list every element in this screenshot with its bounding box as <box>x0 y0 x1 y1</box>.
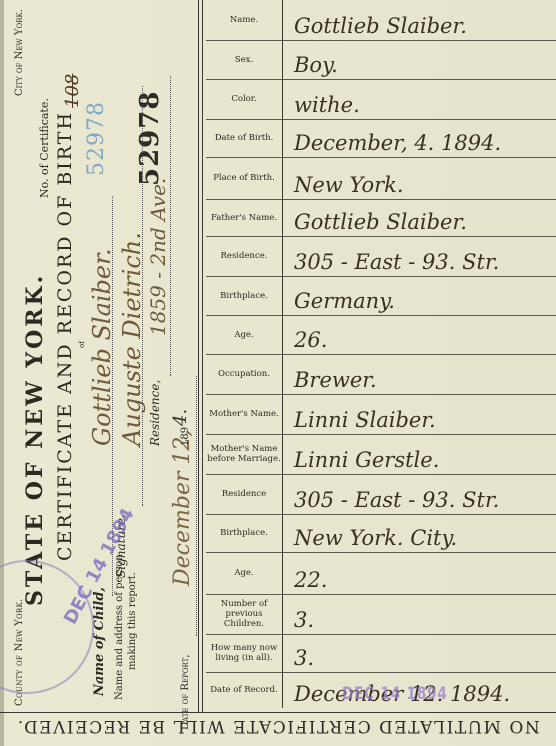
state-title: STATE OF NEW YORK. <box>22 273 48 606</box>
row-label: Age. <box>206 552 283 594</box>
row-label: Sex. <box>206 40 283 79</box>
row-label: Date of Record. <box>206 672 283 708</box>
row-label: Place of Birth. <box>206 157 283 199</box>
date-of-report-value: December 12, <box>170 430 195 586</box>
date-of-report-year-suffix: 4. <box>170 409 191 426</box>
table-row-name: Name. Gottlieb Slaiber. <box>206 0 556 41</box>
certificate-number-crossed-out: 108 <box>62 74 83 108</box>
row-value: Linni Slaiber. <box>294 408 550 432</box>
row-label: Mother's Name. <box>206 394 283 434</box>
row-value: 26. <box>294 328 550 352</box>
row-value: 305 - East - 93. Str. <box>294 488 550 512</box>
date-of-record-stamp: DEC 14 1894 <box>342 684 448 704</box>
table-row-mothers-maiden-name: Mother's Name before Marriage. Linni Ger… <box>206 434 556 475</box>
certificate-number-label: No. of Certificate. <box>38 98 51 198</box>
row-label: Color. <box>206 79 283 119</box>
table-row-father-residence: Residence. 305 - East - 93. Str. <box>206 236 556 277</box>
signature-value: Auguste Dietrich. <box>118 232 146 446</box>
row-label: Occupation. <box>206 354 283 394</box>
table-row-mother-age: Age. 22. <box>206 552 556 595</box>
row-value: withe. <box>294 93 550 117</box>
row-value: 22. <box>294 568 550 592</box>
table-row-children-living: How many now living (in all). 3. <box>206 634 556 673</box>
row-value: New York. <box>294 173 550 197</box>
birth-record-table: Name. Gottlieb Slaiber. Sex. Boy. Color.… <box>206 0 556 708</box>
table-row-father-age: Age. 26. <box>206 315 556 355</box>
table-row-mothers-name: Mother's Name. Linni Slaiber. <box>206 394 556 435</box>
row-value: 305 - East - 93. Str. <box>294 250 550 274</box>
table-row-mother-birthplace: Birthplace. New York. City. <box>206 514 556 553</box>
table-row-previous-children: Number of previous Children. 3. <box>206 594 556 635</box>
table-row-color: Color. withe. <box>206 79 556 120</box>
row-label: Name. <box>206 0 283 40</box>
city-label: City of New York. <box>14 9 25 96</box>
row-value: Gottlieb Slaiber. <box>294 14 550 38</box>
row-value: Boy. <box>294 53 550 77</box>
row-value: Gottlieb Slaiber. <box>294 210 550 234</box>
table-row-father-birthplace: Birthplace. Germany. <box>206 276 556 316</box>
row-value: Germany. <box>294 289 550 313</box>
certificate-number: 52978 <box>135 91 165 186</box>
signature-label-line2: making this report. <box>127 572 138 670</box>
vertical-rule <box>198 0 199 712</box>
child-name-label: Name of Child, <box>92 587 107 696</box>
row-value: 3. <box>294 608 550 632</box>
table-row-sex: Sex. Boy. <box>206 40 556 80</box>
row-label: Residence <box>206 474 283 514</box>
residence-label: Residence, <box>148 380 162 446</box>
row-label: How many now living (in all). <box>206 634 283 672</box>
table-row-occupation: Occupation. Brewer. <box>206 354 556 395</box>
row-label: Father's Name. <box>206 199 283 236</box>
row-label: Residence. <box>206 236 283 276</box>
residence-line <box>170 76 171 376</box>
date-of-report-line <box>196 376 197 636</box>
row-label: Number of previous Children. <box>206 594 283 634</box>
row-value: Brewer. <box>294 368 550 392</box>
row-label: Birthplace. <box>206 276 283 315</box>
child-name-value: Gottlieb Slaiber. <box>88 248 116 446</box>
date-of-report-year-prefix: 189 <box>180 427 191 446</box>
row-value: 3. <box>294 646 550 670</box>
table-row-mother-residence: Residence 305 - East - 93. Str. <box>206 474 556 515</box>
footer-notice: NO MUTILATED CERTIFICATE WILL BE RECEIVE… <box>0 716 556 736</box>
row-value: December, 4. 1894. <box>294 131 550 155</box>
certificate-title-of: of <box>78 341 86 348</box>
row-label: Age. <box>206 315 283 354</box>
certificate-number-stamp: 52978 <box>84 101 109 176</box>
residence-value: 1859 - 2nd Ave. <box>146 178 170 336</box>
row-label: Date of Birth. <box>206 119 283 157</box>
footer-rule <box>0 712 556 713</box>
row-label: Birthplace. <box>206 514 283 552</box>
table-row-fathers-name: Father's Name. Gottlieb Slaiber. <box>206 199 556 237</box>
row-value: New York. City. <box>294 526 550 550</box>
certificate-title: CERTIFICATE AND RECORD OF BIRTH <box>54 111 76 561</box>
table-row-place-of-birth: Place of Birth. New York. <box>206 157 556 200</box>
vertical-rule <box>202 0 203 712</box>
row-label: Mother's Name before Marriage. <box>206 434 283 474</box>
table-row-date-of-birth: Date of Birth. December, 4. 1894. <box>206 119 556 158</box>
row-value: Linni Gerstle. <box>294 448 550 472</box>
